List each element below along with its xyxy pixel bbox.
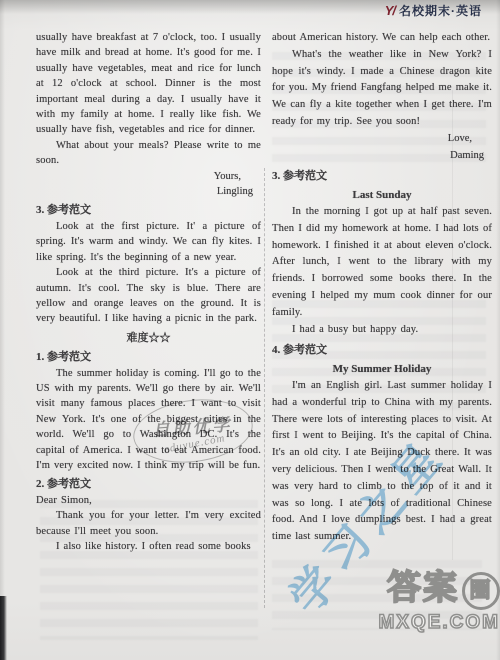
brand-title: 名校期末·英语 <box>399 2 482 19</box>
essay-paragraph: Look at the third picture. It's a pictur… <box>36 265 261 327</box>
right-column: about American history. We can help each… <box>272 30 492 546</box>
essay-paragraph: I'm an English girl. Last summer holiday… <box>272 378 492 546</box>
answerquan-logo-watermark: 答案圈 MXQE.COM <box>378 570 500 634</box>
page-header: Y/ 名校期末·英语 <box>385 2 482 19</box>
page-right-edge-shadow <box>496 0 500 660</box>
essay-paragraph: What about your meals? Please write to m… <box>36 138 261 169</box>
section-label-4: 4. 参考范文 <box>272 342 492 359</box>
answerquan-domain-text: MXQE.COM <box>378 612 500 634</box>
signoff-love: Love, <box>272 131 492 148</box>
essay-title: My Summer Holiday <box>272 361 492 378</box>
column-divider <box>264 168 265 608</box>
essay-paragraph: about American history. We can help each… <box>272 30 492 47</box>
signoff-yours: Yours, <box>36 169 261 184</box>
essay-paragraph: Look at the first picture. It' a picture… <box>36 219 261 265</box>
signoff-name: Daming <box>272 148 492 165</box>
section-label-3: 3. 参考范文 <box>272 168 492 185</box>
section-label-1: 1. 参考范文 <box>36 350 261 365</box>
essay-paragraph: I also like history. I often read some b… <box>36 539 261 554</box>
signoff-name: Lingling <box>36 184 261 199</box>
essay-paragraph: Thank you for your letter. I'm very exci… <box>36 508 261 539</box>
book-spine-edge <box>0 596 7 660</box>
letter-salutation: Dear Simon, <box>36 493 261 508</box>
section-label-3: 3. 参考范文 <box>36 203 261 218</box>
page-left-edge-shadow <box>0 0 5 660</box>
circled-character: 圈 <box>462 572 500 610</box>
left-column: usually have breakfast at 7 o'clock, too… <box>36 30 261 554</box>
section-label-2: 2. 参考范文 <box>36 477 261 492</box>
essay-paragraph: The summer holiday is coming. I'll go to… <box>36 366 261 474</box>
ink-bleedthrough <box>272 560 482 630</box>
brand-logo-icon: Y/ <box>385 3 395 18</box>
answerquan-logo-text: 答案圈 <box>378 570 500 610</box>
essay-paragraph: usually have breakfast at 7 o'clock, too… <box>36 30 261 138</box>
essay-paragraph: In the morning I got up at half past sev… <box>272 204 492 322</box>
essay-title: Last Sunday <box>272 187 492 204</box>
essay-paragraph: What's the weather like in New York? I h… <box>272 47 492 131</box>
difficulty-rating: 难度☆☆ <box>36 331 261 346</box>
essay-paragraph: I had a busy but happy day. <box>272 322 492 339</box>
